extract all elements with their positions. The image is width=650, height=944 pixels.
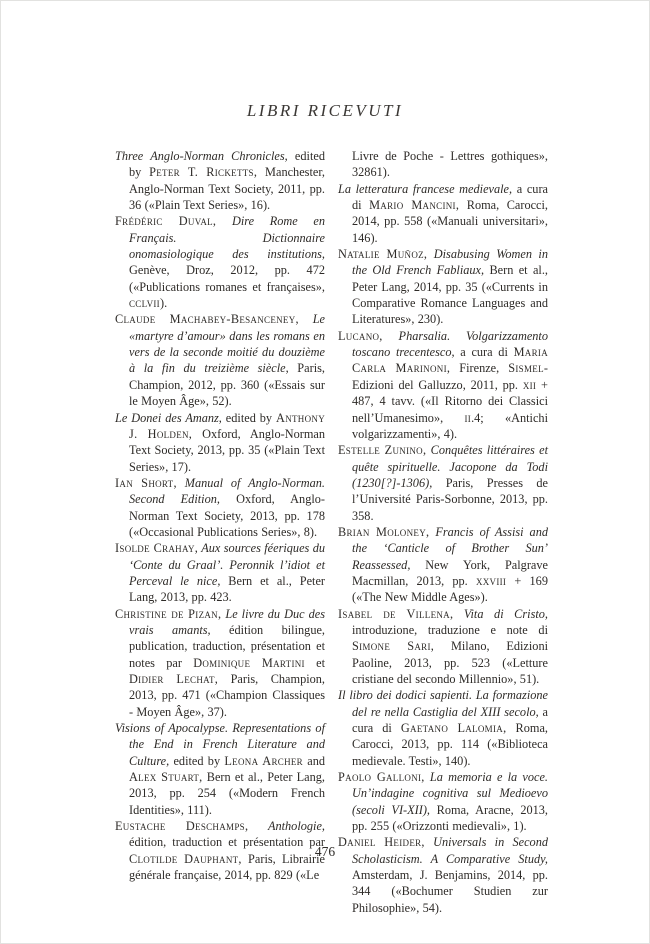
- bibliography-entry: Le Donei des Amanz, edited by Anthony J.…: [115, 410, 325, 475]
- author-name: Brian Moloney,: [338, 525, 429, 539]
- author-name: Claude Machabey-Besanceney,: [115, 312, 299, 326]
- bibliography-entry: Paolo Galloni, La memoria e la voce. Un’…: [338, 769, 548, 834]
- work-title: Le Donei des Amanz,: [115, 411, 222, 425]
- work-title: Il libro dei dodici sapienti. La formazi…: [338, 688, 548, 718]
- page-number: 476: [1, 844, 649, 860]
- author-name: Alex Stuart,: [129, 770, 203, 784]
- bibliography-entry: Christine de Pizan, Le livre du Duc des …: [115, 606, 325, 720]
- author-name: Ian Short,: [115, 476, 177, 490]
- bibliography-entry: Isabel de Villena, Vita di Cristo, intro…: [338, 606, 548, 688]
- author-name: Eustache Deschamps,: [115, 819, 248, 833]
- bibliography-entry: Claude Machabey-Besanceney, Le «martyre …: [115, 311, 325, 409]
- bibliography-entry: Estelle Zunino, Conquêtes littéraires et…: [338, 442, 548, 524]
- author-name: Lucano,: [338, 329, 383, 343]
- author-name: Isabel de Villena,: [338, 607, 453, 621]
- author-name: xxviii: [476, 574, 506, 588]
- author-name: Natalie Muñoz,: [338, 247, 427, 261]
- entry-text: edited by: [222, 411, 276, 425]
- work-title: Anthologie,: [248, 819, 325, 833]
- work-title: Three Anglo-Norman Chronicles,: [115, 149, 288, 163]
- author-name: Didier Lechat,: [129, 672, 218, 686]
- bibliography-entry: Natalie Muñoz, Disabusing Women in the O…: [338, 246, 548, 328]
- entry-text: and: [303, 754, 325, 768]
- bibliography-entry: La letteratura francese medievale, a cur…: [338, 181, 548, 246]
- left-column: Three Anglo-Norman Chronicles, edited by…: [115, 148, 325, 916]
- entry-text: Genève, Droz, 2012, pp. 472 («Publicatio…: [129, 263, 325, 293]
- entry-text: edited by: [169, 754, 224, 768]
- work-title: La letteratura francese medievale,: [338, 182, 512, 196]
- author-name: Estelle Zunino,: [338, 443, 426, 457]
- scanned-book-page: LIBRI RICEVUTI Three Anglo-Norman Chroni…: [0, 0, 650, 944]
- entry-text: Amsterdam, J. Benjamins, 2014, pp. 344 (…: [352, 868, 548, 915]
- bibliography-columns: Three Anglo-Norman Chronicles, edited by…: [115, 148, 549, 916]
- author-name: Simone Sari,: [352, 639, 434, 653]
- author-name: Frédéric Duval,: [115, 214, 216, 228]
- bibliography-entry: Lucano, Pharsalia. Volgarizzamento tosca…: [338, 328, 548, 442]
- author-name: Gaetano Lalomia,: [401, 721, 507, 735]
- author-name: Sismel: [508, 361, 544, 375]
- author-name: Christine de Pizan,: [115, 607, 221, 621]
- bibliography-entry: Visions of Apocalypse. Representations o…: [115, 720, 325, 818]
- entry-text: a cura di: [455, 345, 514, 359]
- page-title: LIBRI RICEVUTI: [1, 101, 649, 121]
- entry-text: introduzione, traduzione e note di: [352, 623, 548, 637]
- work-title: Vita di Cristo,: [453, 607, 548, 621]
- author-name: Dominique Martini: [193, 656, 305, 670]
- entry-text: ).: [160, 296, 167, 310]
- bibliography-entry: Three Anglo-Norman Chronicles, edited by…: [115, 148, 325, 213]
- author-name: Isolde Crahay,: [115, 541, 198, 555]
- entry-text: Livre de Poche - Lettres gothiques», 328…: [352, 149, 548, 179]
- author-name: Mario Mancini,: [369, 198, 459, 212]
- bibliography-entry: Livre de Poche - Lettres gothiques», 328…: [338, 148, 548, 181]
- author-name: Leona Archer: [224, 754, 303, 768]
- entry-text: Firenze,: [450, 361, 508, 375]
- entry-text: et: [305, 656, 325, 670]
- bibliography-entry: Il libro dei dodici sapienti. La formazi…: [338, 687, 548, 769]
- bibliography-entry: Isolde Crahay, Aux sources féeriques du …: [115, 540, 325, 605]
- author-name: Peter T. Ricketts,: [149, 165, 257, 179]
- author-name: Paolo Galloni,: [338, 770, 425, 784]
- bibliography-entry: Frédéric Duval, Dire Rome en Français. D…: [115, 213, 325, 311]
- bibliography-entry: Ian Short, Manual of Anglo-Norman. Secon…: [115, 475, 325, 540]
- author-name: cclvii: [129, 296, 160, 310]
- bibliography-entry: Brian Moloney, Francis of Assisi and the…: [338, 524, 548, 606]
- author-name: xii: [523, 378, 536, 392]
- right-column: Livre de Poche - Lettres gothiques», 328…: [338, 148, 548, 916]
